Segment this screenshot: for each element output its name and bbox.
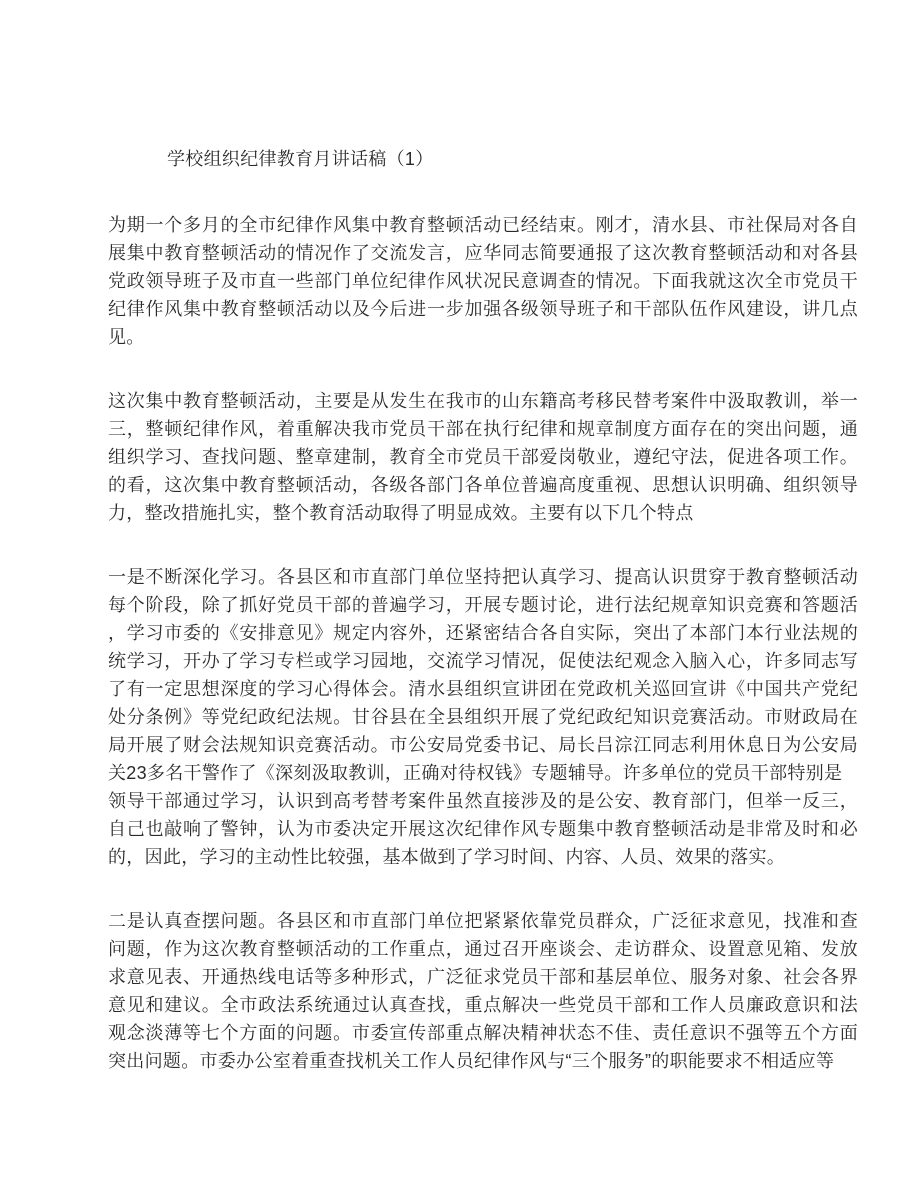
- document-content: 学校组织纪律教育月讲话稿（1） 为期一个多月的全市纪律作风集中教育整顿活动已经结…: [108, 145, 858, 1075]
- text-line: 处分条例》等党纪政纪法规。甘谷县在全县组织开展了党纪政纪知识竞赛活动。市财政局在…: [108, 703, 858, 731]
- text-line: 的，因此，学习的主动性比较强，基本做到了学习时间、内容、人员、效果的落实。: [108, 843, 858, 871]
- text-line: 突出问题。市委办公室着重查找机关工作人员纪律作风与“三个服务”的职能要求不相适应…: [108, 1047, 858, 1075]
- text-line: ，学习市委的《安排意见》规定内容外，还紧密结合各自实际，突出了本部门本行业法规的…: [108, 619, 858, 647]
- text-line: 展集中教育整顿活动的情况作了交流发言，应华同志简要通报了这次教育整顿活动和对各县…: [108, 239, 858, 267]
- document-page: 学校组织纪律教育月讲话稿（1） 为期一个多月的全市纪律作风集中教育整顿活动已经结…: [0, 0, 920, 1191]
- paragraphs-container: 为期一个多月的全市纪律作风集中教育整顿活动已经结束。刚才，清水县、市社保局对各自…: [108, 211, 858, 1075]
- text-line: 纪律作风集中教育整顿活动以及今后进一步加强各级领导班子和干部队伍作风建设，讲几点…: [108, 295, 858, 323]
- paragraph: 一是不断深化学习。各县区和市直部门单位坚持把认真学习、提高认识贯穿于教育整顿活动…: [108, 563, 858, 871]
- text-line: 力，整改措施扎实，整个教育活动取得了明显成效。主要有以下几个特点: [108, 499, 858, 527]
- paragraph: 这次集中教育整顿活动，主要是从发生在我市的山东籍高考移民替考案件中汲取教训，举一…: [108, 387, 858, 527]
- text-line: 每个阶段，除了抓好党员干部的普遍学习，开展专题讨论，进行法纪规章知识竞赛和答题活…: [108, 591, 858, 619]
- text-line: 关23多名干警作了《深刻汲取教训，正确对待权钱》专题辅导。许多单位的党员干部特别…: [108, 759, 858, 787]
- paragraph: 二是认真查摆问题。各县区和市直部门单位把紧紧依靠党员群众，广泛征求意见，找准和查…: [108, 907, 858, 1075]
- text-line: 领导干部通过学习，认识到高考替考案件虽然直接涉及的是公安、教育部门，但举一反三，…: [108, 787, 858, 815]
- text-line: 二是认真查摆问题。各县区和市直部门单位把紧紧依靠党员群众，广泛征求意见，找准和查…: [108, 907, 858, 935]
- text-line: 局开展了财会法规知识竞赛活动。市公安局党委书记、局长吕淙江同志利用休息日为公安局…: [108, 731, 858, 759]
- text-line: 自己也敲响了警钟，认为市委决定开展这次纪律作风专题集中教育整顿活动是非常及时和必…: [108, 815, 858, 843]
- text-line: 求意见表、开通热线电话等多种形式，广泛征求党员干部和基层单位、服务对象、社会各界…: [108, 963, 858, 991]
- text-line: 组织学习、查找问题、整章建制，教育全市党员干部爱岗敬业，遵纪守法，促进各项工作。…: [108, 443, 858, 471]
- text-line: 见。: [108, 323, 858, 351]
- text-line: 统学习，开办了学习专栏或学习园地，交流学习情况，促使法纪观念入脑入心，许多同志写…: [108, 647, 858, 675]
- text-line: 了有一定思想深度的学习心得体会。清水县组织宣讲团在党政机关巡回宣讲《中国共产党纪…: [108, 675, 858, 703]
- text-line: 三，整顿纪律作风，着重解决我市党员干部在执行纪律和规章制度方面存在的突出问题，通…: [108, 415, 858, 443]
- document-title: 学校组织纪律教育月讲话稿（1）: [108, 145, 858, 173]
- paragraph: 为期一个多月的全市纪律作风集中教育整顿活动已经结束。刚才，清水县、市社保局对各自…: [108, 211, 858, 351]
- text-line: 一是不断深化学习。各县区和市直部门单位坚持把认真学习、提高认识贯穿于教育整顿活动…: [108, 563, 858, 591]
- text-line: 的看，这次集中教育整顿活动，各级各部门各单位普遍高度重视、思想认识明确、组织领导…: [108, 471, 858, 499]
- text-line: 观念淡薄等七个方面的问题。市委宣传部重点解决精神状态不佳、责任意识不强等五个方面…: [108, 1019, 858, 1047]
- text-line: 党政领导班子及市直一些部门单位纪律作风状况民意调查的情况。下面我就这次全市党员干…: [108, 267, 858, 295]
- text-line: 问题，作为这次教育整顿活动的工作重点，通过召开座谈会、走访群众、设置意见箱、发放…: [108, 935, 858, 963]
- text-line: 为期一个多月的全市纪律作风集中教育整顿活动已经结束。刚才，清水县、市社保局对各自…: [108, 211, 858, 239]
- text-line: 这次集中教育整顿活动，主要是从发生在我市的山东籍高考移民替考案件中汲取教训，举一…: [108, 387, 858, 415]
- text-line: 意见和建议。全市政法系统通过认真查找，重点解决一些党员干部和工作人员廉政意识和法…: [108, 991, 858, 1019]
